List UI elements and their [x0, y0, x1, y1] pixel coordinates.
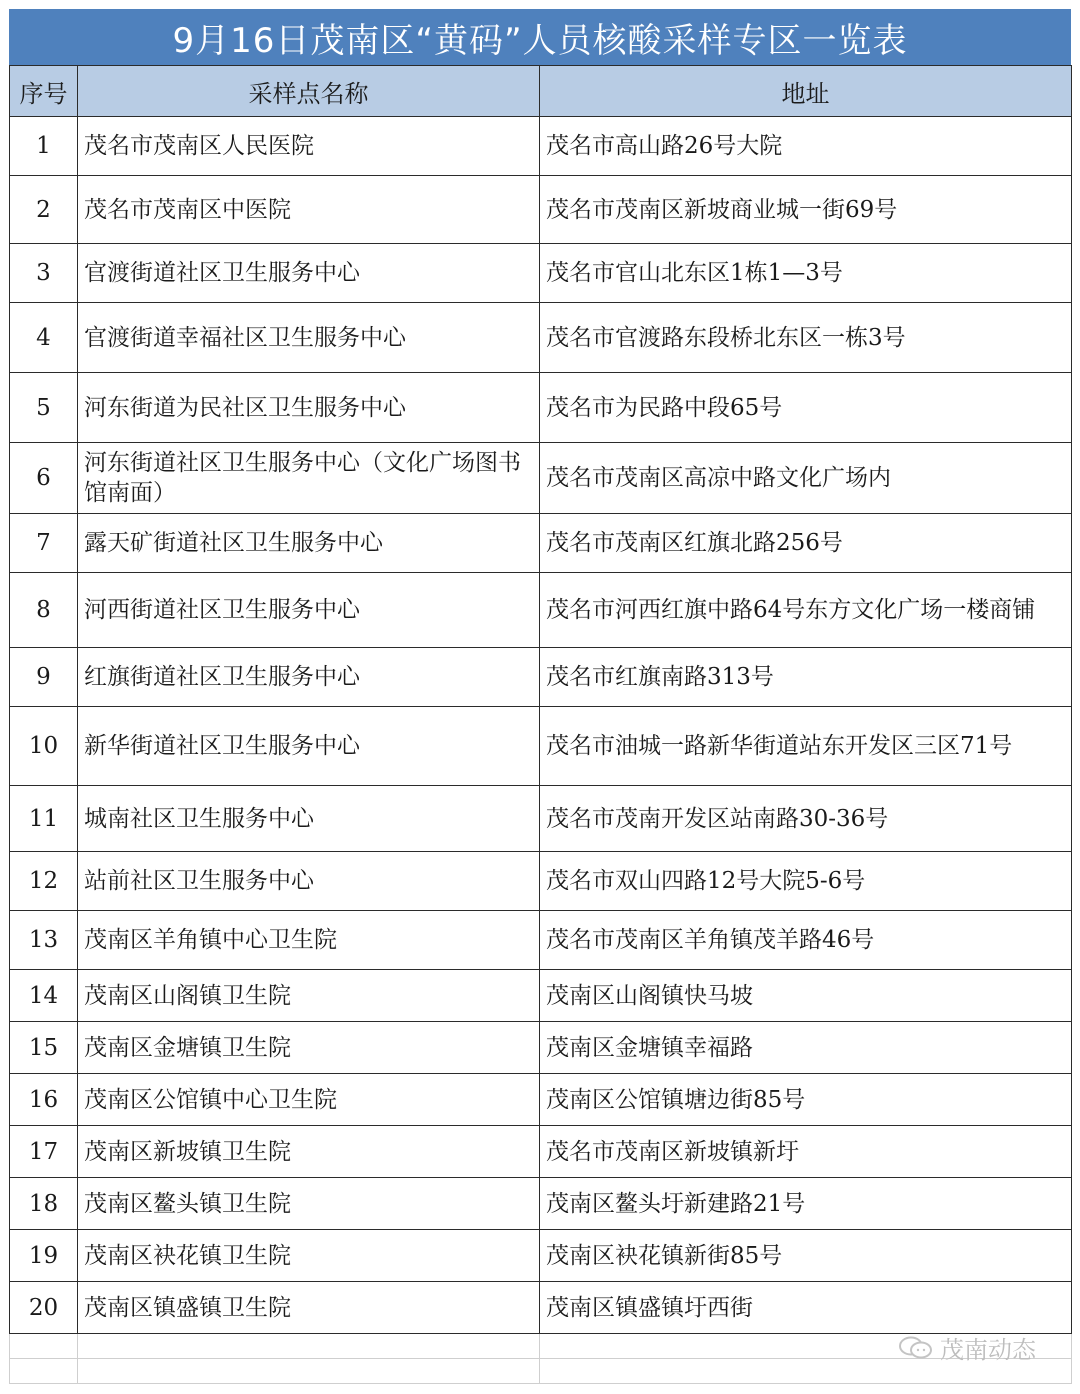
site-address: 茂南区金塘镇幸福路: [540, 1022, 1072, 1074]
site-address: 茂名市官渡路东段桥北东区一栋3号: [540, 303, 1072, 373]
sampling-sites-sheet: 9月16日茂南区“黄码”人员核酸采样专区一览表 序号 采样点名称 地址 1茂名市…: [9, 9, 1071, 1384]
row-number: 8: [10, 573, 78, 648]
row-number: 12: [10, 852, 78, 911]
table-row: 15茂南区金塘镇卫生院茂南区金塘镇幸福路: [10, 1022, 1072, 1074]
table-title: 9月16日茂南区“黄码”人员核酸采样专区一览表: [9, 9, 1071, 65]
header-row: 序号 采样点名称 地址: [10, 66, 1072, 117]
row-number: 20: [10, 1282, 78, 1334]
table-row: 16茂南区公馆镇中心卫生院茂南区公馆镇塘边街85号: [10, 1074, 1072, 1126]
table-row: 3官渡街道社区卫生服务中心茂名市官山北东区1栋1—3号: [10, 244, 1072, 303]
empty-cell: [78, 1359, 540, 1384]
row-number: 4: [10, 303, 78, 373]
sampling-sites-table: 序号 采样点名称 地址 1茂名市茂南区人民医院茂名市高山路26号大院2茂名市茂南…: [9, 65, 1072, 1384]
site-name: 站前社区卫生服务中心: [78, 852, 540, 911]
table-row: 14茂南区山阁镇卫生院茂南区山阁镇快马坡: [10, 970, 1072, 1022]
site-name: 茂南区袂花镇卫生院: [78, 1230, 540, 1282]
table-row: 8河西街道社区卫生服务中心茂名市河西红旗中路64号东方文化广场一楼商铺: [10, 573, 1072, 648]
row-number: 10: [10, 707, 78, 786]
row-number: 5: [10, 373, 78, 443]
table-row: 12站前社区卫生服务中心茂名市双山四路12号大院5-6号: [10, 852, 1072, 911]
site-address: 茂名市茂南开发区站南路30-36号: [540, 786, 1072, 852]
site-name: 露天矿街道社区卫生服务中心: [78, 514, 540, 573]
wechat-icon: [898, 1335, 934, 1361]
header-address: 地址: [540, 66, 1072, 117]
site-name: 茂名市茂南区中医院: [78, 176, 540, 244]
row-number: 16: [10, 1074, 78, 1126]
site-name: 茂南区公馆镇中心卫生院: [78, 1074, 540, 1126]
table-row: 17茂南区新坡镇卫生院茂名市茂南区新坡镇新圩: [10, 1126, 1072, 1178]
site-address: 茂名市茂南区高凉中路文化广场内: [540, 443, 1072, 514]
site-address: 茂名市红旗南路313号: [540, 648, 1072, 707]
site-address: 茂南区鳌头圩新建路21号: [540, 1178, 1072, 1230]
table-row: 19茂南区袂花镇卫生院茂南区袂花镇新街85号: [10, 1230, 1072, 1282]
header-no: 序号: [10, 66, 78, 117]
site-name: 茂南区新坡镇卫生院: [78, 1126, 540, 1178]
table-row: 7露天矿街道社区卫生服务中心茂名市茂南区红旗北路256号: [10, 514, 1072, 573]
site-name: 茂南区羊角镇中心卫生院: [78, 911, 540, 970]
table-row: 4官渡街道幸福社区卫生服务中心茂名市官渡路东段桥北东区一栋3号: [10, 303, 1072, 373]
table-row: 1茂名市茂南区人民医院茂名市高山路26号大院: [10, 117, 1072, 176]
site-name: 茂南区镇盛镇卫生院: [78, 1282, 540, 1334]
site-name: 官渡街道幸福社区卫生服务中心: [78, 303, 540, 373]
row-number: 7: [10, 514, 78, 573]
site-name: 茂南区金塘镇卫生院: [78, 1022, 540, 1074]
table-row: 18茂南区鳌头镇卫生院茂南区鳌头圩新建路21号: [10, 1178, 1072, 1230]
site-address: 茂名市河西红旗中路64号东方文化广场一楼商铺: [540, 573, 1072, 648]
row-number: 3: [10, 244, 78, 303]
table-row: 9红旗街道社区卫生服务中心茂名市红旗南路313号: [10, 648, 1072, 707]
empty-cell: [10, 1334, 78, 1359]
site-address: 茂名市双山四路12号大院5-6号: [540, 852, 1072, 911]
table-row: 2茂名市茂南区中医院茂名市茂南区新坡商业城一街69号: [10, 176, 1072, 244]
table-row: 20茂南区镇盛镇卫生院茂南区镇盛镇圩西街: [10, 1282, 1072, 1334]
watermark-text: 茂南动态: [940, 1330, 1036, 1365]
row-number: 13: [10, 911, 78, 970]
site-name: 河东街道为民社区卫生服务中心: [78, 373, 540, 443]
site-name: 茂名市茂南区人民医院: [78, 117, 540, 176]
row-number: 1: [10, 117, 78, 176]
site-address: 茂南区镇盛镇圩西街: [540, 1282, 1072, 1334]
site-name: 河东街道社区卫生服务中心（文化广场图书馆南面）: [78, 443, 540, 514]
site-name: 茂南区鳌头镇卫生院: [78, 1178, 540, 1230]
site-name: 茂南区山阁镇卫生院: [78, 970, 540, 1022]
empty-cell: [78, 1334, 540, 1359]
row-number: 19: [10, 1230, 78, 1282]
table-row: 6河东街道社区卫生服务中心（文化广场图书馆南面）茂名市茂南区高凉中路文化广场内: [10, 443, 1072, 514]
site-name: 官渡街道社区卫生服务中心: [78, 244, 540, 303]
table-row: 10新华街道社区卫生服务中心茂名市油城一路新华街道站东开发区三区71号: [10, 707, 1072, 786]
site-address: 茂南区袂花镇新街85号: [540, 1230, 1072, 1282]
row-number: 9: [10, 648, 78, 707]
site-address: 茂名市茂南区红旗北路256号: [540, 514, 1072, 573]
site-address: 茂名市为民路中段65号: [540, 373, 1072, 443]
site-name: 城南社区卫生服务中心: [78, 786, 540, 852]
row-number: 17: [10, 1126, 78, 1178]
site-name: 红旗街道社区卫生服务中心: [78, 648, 540, 707]
site-address: 茂南区公馆镇塘边街85号: [540, 1074, 1072, 1126]
table-row: 11城南社区卫生服务中心茂名市茂南开发区站南路30-36号: [10, 786, 1072, 852]
site-address: 茂名市油城一路新华街道站东开发区三区71号: [540, 707, 1072, 786]
row-number: 6: [10, 443, 78, 514]
site-address: 茂南区山阁镇快马坡: [540, 970, 1072, 1022]
watermark: 茂南动态: [898, 1330, 1036, 1365]
site-address: 茂名市茂南区新坡镇新圩: [540, 1126, 1072, 1178]
header-site-name: 采样点名称: [78, 66, 540, 117]
site-address: 茂名市茂南区羊角镇茂羊路46号: [540, 911, 1072, 970]
site-name: 新华街道社区卫生服务中心: [78, 707, 540, 786]
table-row: 5河东街道为民社区卫生服务中心茂名市为民路中段65号: [10, 373, 1072, 443]
site-address: 茂名市茂南区新坡商业城一街69号: [540, 176, 1072, 244]
row-number: 15: [10, 1022, 78, 1074]
row-number: 18: [10, 1178, 78, 1230]
row-number: 2: [10, 176, 78, 244]
empty-cell: [10, 1359, 78, 1384]
row-number: 14: [10, 970, 78, 1022]
table-row: 13茂南区羊角镇中心卫生院茂名市茂南区羊角镇茂羊路46号: [10, 911, 1072, 970]
site-name: 河西街道社区卫生服务中心: [78, 573, 540, 648]
site-address: 茂名市高山路26号大院: [540, 117, 1072, 176]
site-address: 茂名市官山北东区1栋1—3号: [540, 244, 1072, 303]
row-number: 11: [10, 786, 78, 852]
